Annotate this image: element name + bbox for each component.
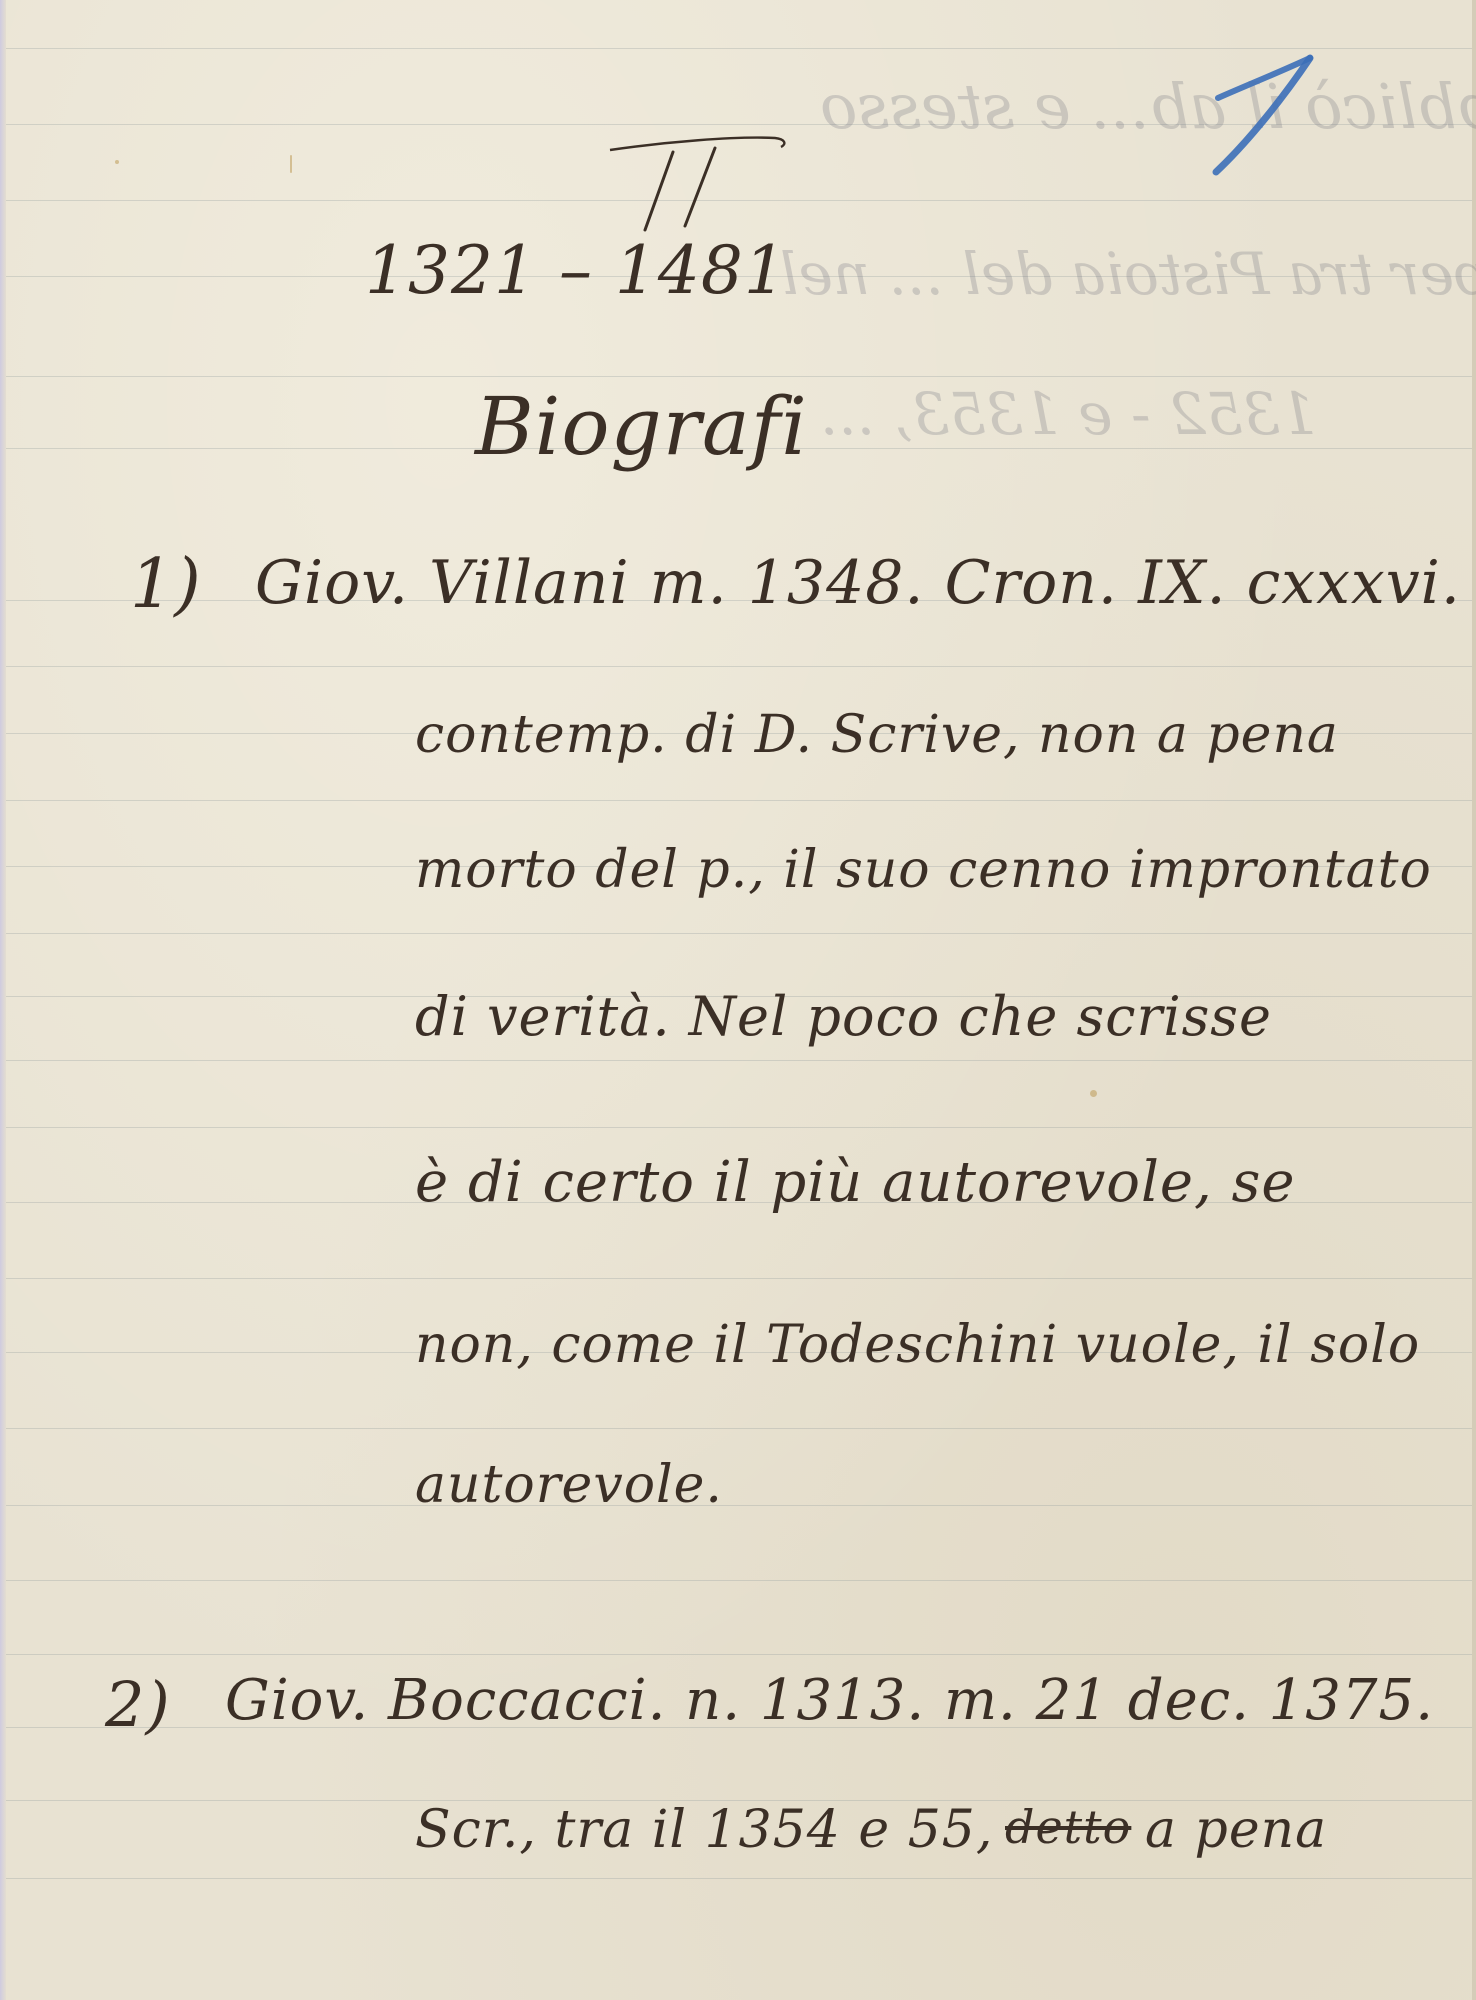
ruled-line <box>6 376 1472 377</box>
manuscript-page: Dopo pubblicò il ab... e stesso scrisse … <box>0 0 1476 2000</box>
paper-stain <box>290 155 292 173</box>
ruled-line <box>6 1278 1472 1279</box>
entry-line: è di certo il più autorevole, se <box>415 1150 1296 1215</box>
entry-number: 2) <box>105 1668 171 1741</box>
ruled-line <box>6 1654 1472 1655</box>
entry-line: Giov. Villani m. 1348. Cron. IX. cxxxvi. <box>255 548 1461 618</box>
entry-line: contemp. di D. Scrive, non a pena <box>415 705 1339 765</box>
bleed-through-text: scrisse per tra Pistoia del ... nel <box>780 240 1476 308</box>
entry-line: non, come il Todeschini vuole, il solo <box>415 1315 1420 1375</box>
ruled-line <box>6 933 1472 934</box>
entry-line: Giov. Boccacci. n. 1313. m. 21 dec. 1375… <box>225 1668 1434 1733</box>
heading-biografi: Biografi <box>475 380 808 473</box>
entry-line: autorevole. <box>415 1455 723 1515</box>
struck-word: detto <box>1005 1800 1131 1854</box>
ruled-line <box>6 1060 1472 1061</box>
ruled-line <box>6 1428 1472 1429</box>
entry-line: di verità. Nel poco che scrisse <box>415 985 1272 1048</box>
entry-line: morto del p., il suo cenno improntato <box>415 840 1432 900</box>
entry-line: a pena <box>1145 1800 1327 1860</box>
bleed-through-text: Dopo pubblicò il ab... e stesso <box>820 70 1476 143</box>
page-left-edge <box>0 0 6 2000</box>
paper-stain <box>1090 1090 1097 1097</box>
entry-line: Scr., tra il 1354 e 55, <box>415 1800 993 1860</box>
ruled-line <box>6 1878 1472 1879</box>
ruled-line <box>6 1505 1472 1506</box>
ruled-line <box>6 800 1472 801</box>
ruled-line <box>6 1580 1472 1581</box>
date-range: 1321 – 1481 <box>365 232 787 309</box>
section-numeral-II <box>605 130 795 240</box>
ruled-line <box>6 666 1472 667</box>
page-number-mark <box>1210 50 1320 180</box>
entry-number: 1) <box>130 545 202 624</box>
ruled-line <box>6 48 1472 49</box>
paper-stain <box>115 160 119 164</box>
bleed-through-text: 1352 - e 1353, ... <box>820 380 1317 448</box>
ruled-line <box>6 1127 1472 1128</box>
